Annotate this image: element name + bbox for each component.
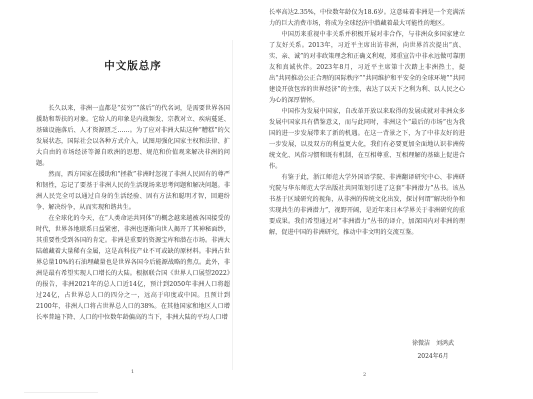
paragraph: 长率高达2.35%，中位数年龄仅为18.6岁。这意味着非洲是一个充满活力的巨大消… bbox=[269, 7, 465, 29]
left-page: 中文版总序 长久以来，非洲一直都是“贫穷”“落后”的代名词，是需要世界各国援助和… bbox=[0, 0, 233, 399]
paragraph: 有鉴于此，浙江师范大学外国语学院、非洲翻译研究中心、非洲研究院与华东师范大学出版… bbox=[269, 172, 465, 238]
signature-date: 2024年6月 bbox=[393, 351, 473, 360]
footer-rule bbox=[24, 392, 98, 393]
right-page: 长率高达2.35%，中位数年龄仅为18.6岁。这意味着非洲是一个充满活力的巨大消… bbox=[233, 0, 533, 399]
paragraph: 在全球化的今天，在“人类命运共同体”的概念越来越被各国接受的时代，世界各地联系日… bbox=[36, 213, 230, 323]
paragraph: 中国历来重视中非关系并积极开展对非合作，与非洲众多国家建立了友好关系。2013年… bbox=[269, 29, 465, 106]
right-body-text: 长率高达2.35%，中位数年龄仅为18.6岁。这意味着非洲是一个充满活力的巨大消… bbox=[269, 7, 465, 238]
paragraph: 中国作为发展中国家，自改革开放以来取得的发展成就对非洲众多发展中国家具有借鉴意义… bbox=[269, 106, 465, 172]
page-title: 中文版总序 bbox=[0, 58, 266, 73]
page-number: 2 bbox=[363, 372, 366, 378]
signature-authors: 徐微洁 刘鸿武 bbox=[393, 338, 473, 347]
paragraph: 长久以来，非洲一直都是“贫穷”“落后”的代名词，是需要世界各国援助和帮扶的对象。… bbox=[36, 103, 230, 169]
left-body-text: 长久以来，非洲一直都是“贫穷”“落后”的代名词，是需要世界各国援助和帮扶的对象。… bbox=[36, 103, 230, 323]
paragraph: 然而，西方国家在援助和“拯救”非洲时忽视了非洲人民固有的尊严和韧性，忘记了要基于… bbox=[36, 169, 230, 213]
page-number: 1 bbox=[131, 369, 134, 375]
